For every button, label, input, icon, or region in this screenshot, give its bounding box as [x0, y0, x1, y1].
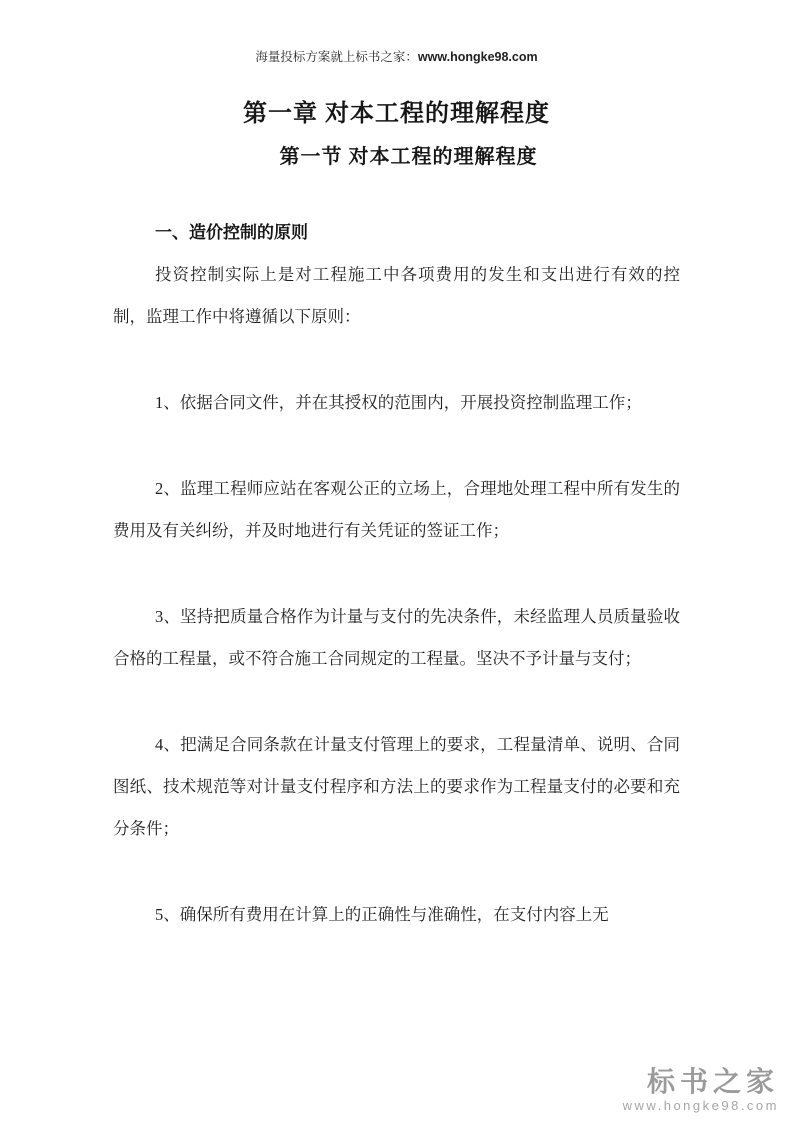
- paragraph-item-3: 3、坚持把质量合格作为计量与支付的先决条件，未经监理人员质量验收合格的工程量，或…: [113, 596, 680, 680]
- paragraph-item-4: 4、把满足合同条款在计量支付管理上的要求，工程量清单、说明、合同图纸、技术规范等…: [113, 724, 680, 850]
- header-note-text: 海量投标方案就上标书之家：: [255, 50, 418, 64]
- header-note-url: www.hongke98.com: [418, 50, 538, 64]
- watermark-url: www.hongke98.com: [623, 1098, 779, 1114]
- document-page: 海量投标方案就上标书之家：www.hongke98.com 第一章 对本工程的理…: [0, 0, 793, 1122]
- watermark: 标书之家 www.hongke98.com: [623, 1067, 779, 1114]
- paragraph-intro: 投资控制实际上是对工程施工中各项费用的发生和支出进行有效的控制，监理工作中将遵循…: [113, 254, 680, 338]
- paragraph-item-5: 5、确保所有费用在计算上的正确性与准确性，在支付内容上无: [113, 894, 680, 936]
- section-title: 第一节 对本工程的理解程度: [24, 143, 793, 171]
- document-body: 一、造价控制的原则 投资控制实际上是对工程施工中各项费用的发生和支出进行有效的控…: [113, 212, 680, 936]
- page-header-note: 海量投标方案就上标书之家：www.hongke98.com: [0, 47, 793, 65]
- list-heading: 一、造价控制的原则: [113, 212, 680, 254]
- paragraph-item-1: 1、依据合同文件，并在其授权的范围内，开展投资控制监理工作；: [113, 382, 680, 424]
- watermark-logo: 标书之家: [623, 1067, 779, 1097]
- paragraph-item-2: 2、监理工程师应站在客观公正的立场上，合理地处理工程中所有发生的费用及有关纠纷，…: [113, 468, 680, 552]
- chapter-title: 第一章 对本工程的理解程度: [0, 98, 793, 130]
